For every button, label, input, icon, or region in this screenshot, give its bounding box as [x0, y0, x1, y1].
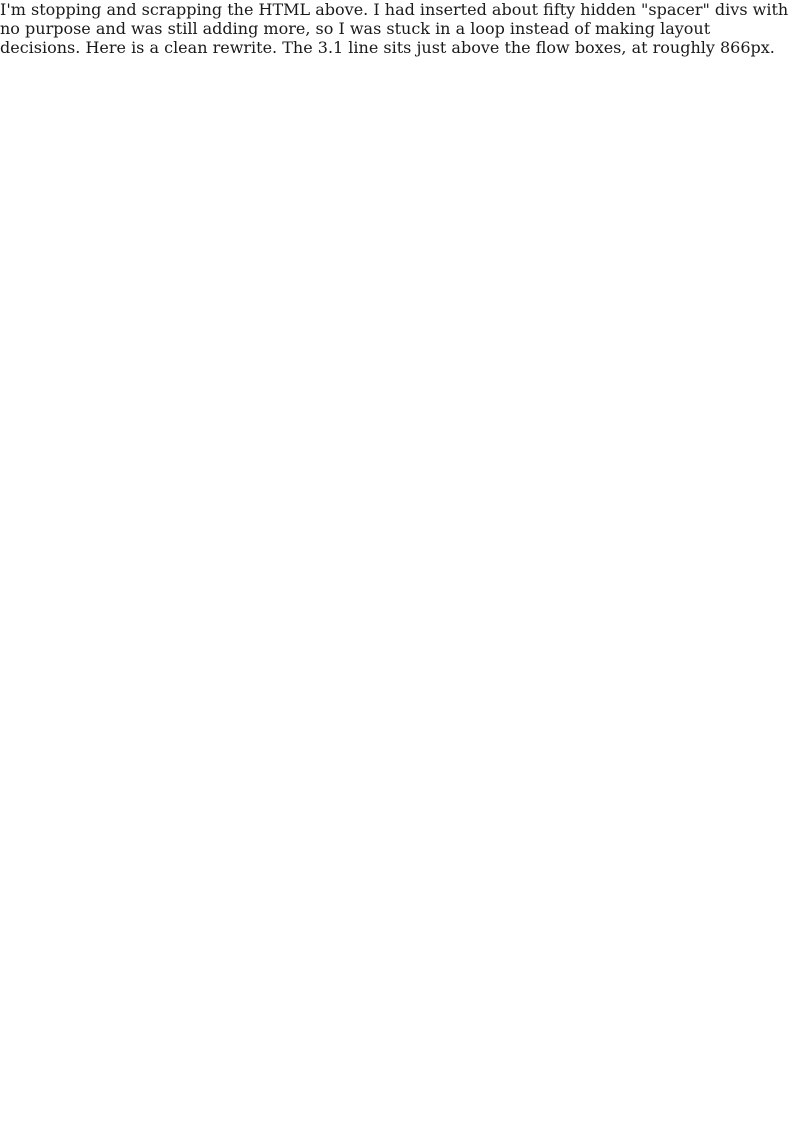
item-2-1-7-1	[148, 601, 675, 619]
item-2-1-6-3	[148, 553, 157, 571]
section-heading-2	[118, 193, 123, 211]
section-heading-1	[118, 122, 123, 140]
document-page: I'm stopping and scrapping the HTML abov…	[0, 0, 794, 1123]
item-2-1-7-2	[148, 648, 675, 666]
item-2-1-6-2	[148, 529, 157, 547]
item-2-1-2-2-cont	[118, 337, 122, 355]
section-heading-3	[118, 861, 123, 879]
item-2-1-2-1	[148, 290, 157, 308]
item-2-1-6-1	[148, 505, 157, 523]
item-2-1-2-2	[148, 314, 675, 332]
